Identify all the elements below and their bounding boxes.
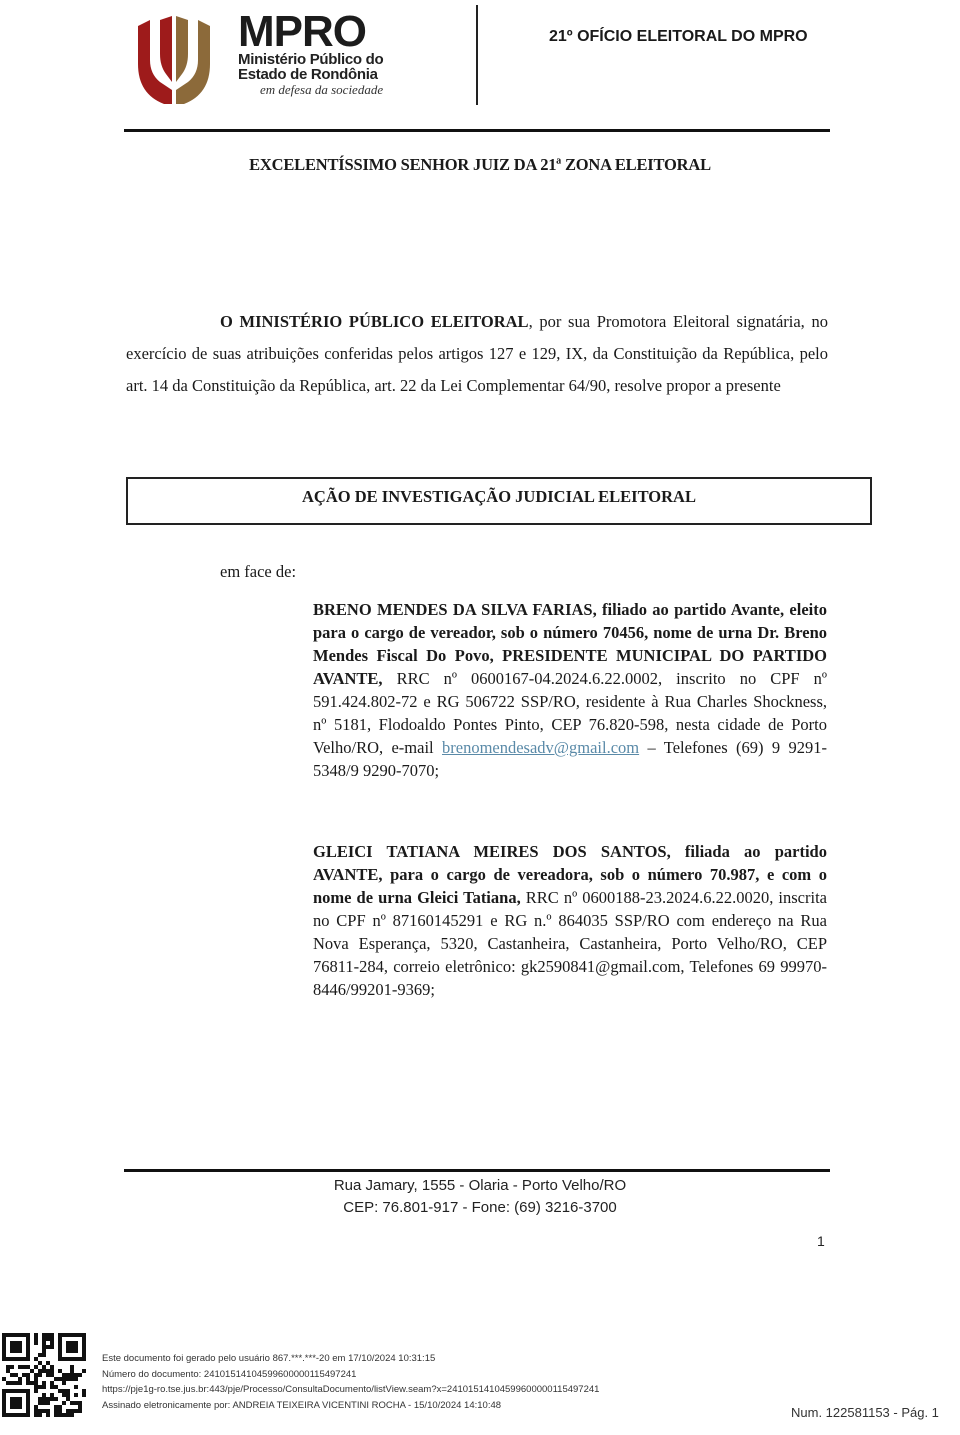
logo-name-line2: Estado de Rondônia <box>238 67 383 82</box>
party-2: GLEICI TATIANA MEIRES DOS SANTOS, filiad… <box>313 840 827 1001</box>
header-divider <box>476 5 478 105</box>
addressee: EXCELENTÍSSIMO SENHOR JUIZ DA 21ª ZONA E… <box>0 155 960 175</box>
footer-address-line1: Rua Jamary, 1555 - Olaria - Porto Velho/… <box>0 1175 960 1197</box>
signature-generated-by: Este documento foi gerado pelo usuário 8… <box>102 1351 599 1367</box>
logo-tagline: em defesa da sociedade <box>260 82 383 98</box>
logo-name-line1: Ministério Público do <box>238 52 383 67</box>
page-number: 1 <box>817 1233 825 1249</box>
intro-paragraph: O MINISTÉRIO PÚBLICO ELEITORAL, por sua … <box>126 306 828 402</box>
action-title-box: AÇÃO DE INVESTIGAÇÃO JUDICIAL ELEITORAL <box>126 477 872 525</box>
intro-subject: O MINISTÉRIO PÚBLICO ELEITORAL <box>220 312 529 331</box>
qr-code-icon[interactable] <box>2 1333 86 1417</box>
footer-address-line2: CEP: 76.801-917 - Fone: (69) 3216-3700 <box>0 1197 960 1219</box>
mpro-logo: MPRO Ministério Público do Estado de Ron… <box>238 12 383 98</box>
footer-rule <box>124 1169 830 1172</box>
footer-address: Rua Jamary, 1555 - Olaria - Porto Velho/… <box>0 1175 960 1219</box>
signature-document-number: Número do documento: 2410151410459960000… <box>102 1367 599 1383</box>
action-title: AÇÃO DE INVESTIGAÇÃO JUDICIAL ELEITORAL <box>128 487 870 507</box>
document-reference: Num. 122581153 - Pág. 1 <box>791 1405 939 1420</box>
party-1: BRENO MENDES DA SILVA FARIAS, filiado ao… <box>313 598 827 782</box>
office-title: 21º OFÍCIO ELEITORAL DO MPRO <box>549 28 808 46</box>
header-rule <box>124 129 830 132</box>
em-face-label: em face de: <box>220 562 296 582</box>
party-1-email-link[interactable]: brenomendesadv@gmail.com <box>442 738 639 757</box>
logo-acronym: MPRO <box>238 12 383 52</box>
signature-block: Este documento foi gerado pelo usuário 8… <box>102 1351 599 1413</box>
signature-signed-by: Assinado eletronicamente por: ANDREIA TE… <box>102 1398 599 1414</box>
mpro-logo-mark-icon <box>136 12 212 104</box>
signature-url[interactable]: https://pje1g-ro.tse.jus.br:443/pje/Proc… <box>102 1382 599 1398</box>
